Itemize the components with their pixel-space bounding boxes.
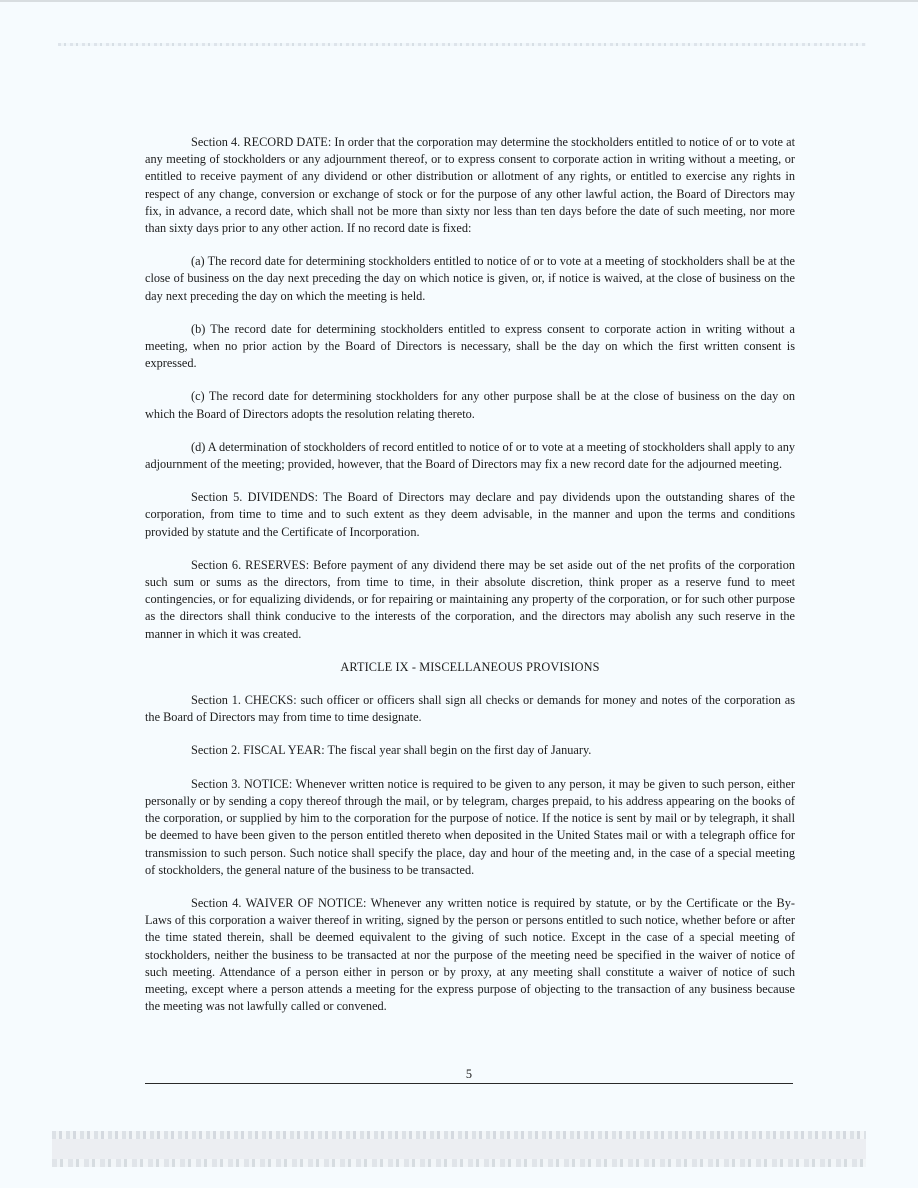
scan-edge-top [0, 0, 918, 2]
page-footer: 5 [145, 1067, 793, 1084]
section-4-record-date: Section 4. RECORD DATE: In order that th… [145, 134, 795, 237]
scan-artifact-bottom-lower [52, 1159, 866, 1167]
section-4-waiver-of-notice: Section 4. WAIVER OF NOTICE: Whenever an… [145, 895, 795, 1015]
section-5-dividends: Section 5. DIVIDENDS: The Board of Direc… [145, 489, 795, 541]
section-6-reserves: Section 6. RESERVES: Before payment of a… [145, 557, 795, 643]
section-4-clause-c: (c) The record date for determining stoc… [145, 388, 795, 422]
section-4-clause-b: (b) The record date for determining stoc… [145, 321, 795, 373]
scan-artifact-bottom [52, 1131, 866, 1139]
scan-artifact-band [52, 1139, 866, 1159]
section-1-checks: Section 1. CHECKS: such officer or offic… [145, 692, 795, 726]
section-4-clause-d: (d) A determination of stockholders of r… [145, 439, 795, 473]
article-ix-heading: ARTICLE IX - MISCELLANEOUS PROVISIONS [145, 659, 795, 676]
section-4-clause-a: (a) The record date for determining stoc… [145, 253, 795, 305]
document-page: Section 4. RECORD DATE: In order that th… [145, 134, 795, 1031]
section-3-notice: Section 3. NOTICE: Whenever written noti… [145, 776, 795, 879]
scan-artifact-top [58, 43, 866, 46]
footer-divider [145, 1083, 793, 1084]
section-2-fiscal-year: Section 2. FISCAL YEAR: The fiscal year … [145, 742, 795, 759]
page-number: 5 [145, 1067, 793, 1081]
